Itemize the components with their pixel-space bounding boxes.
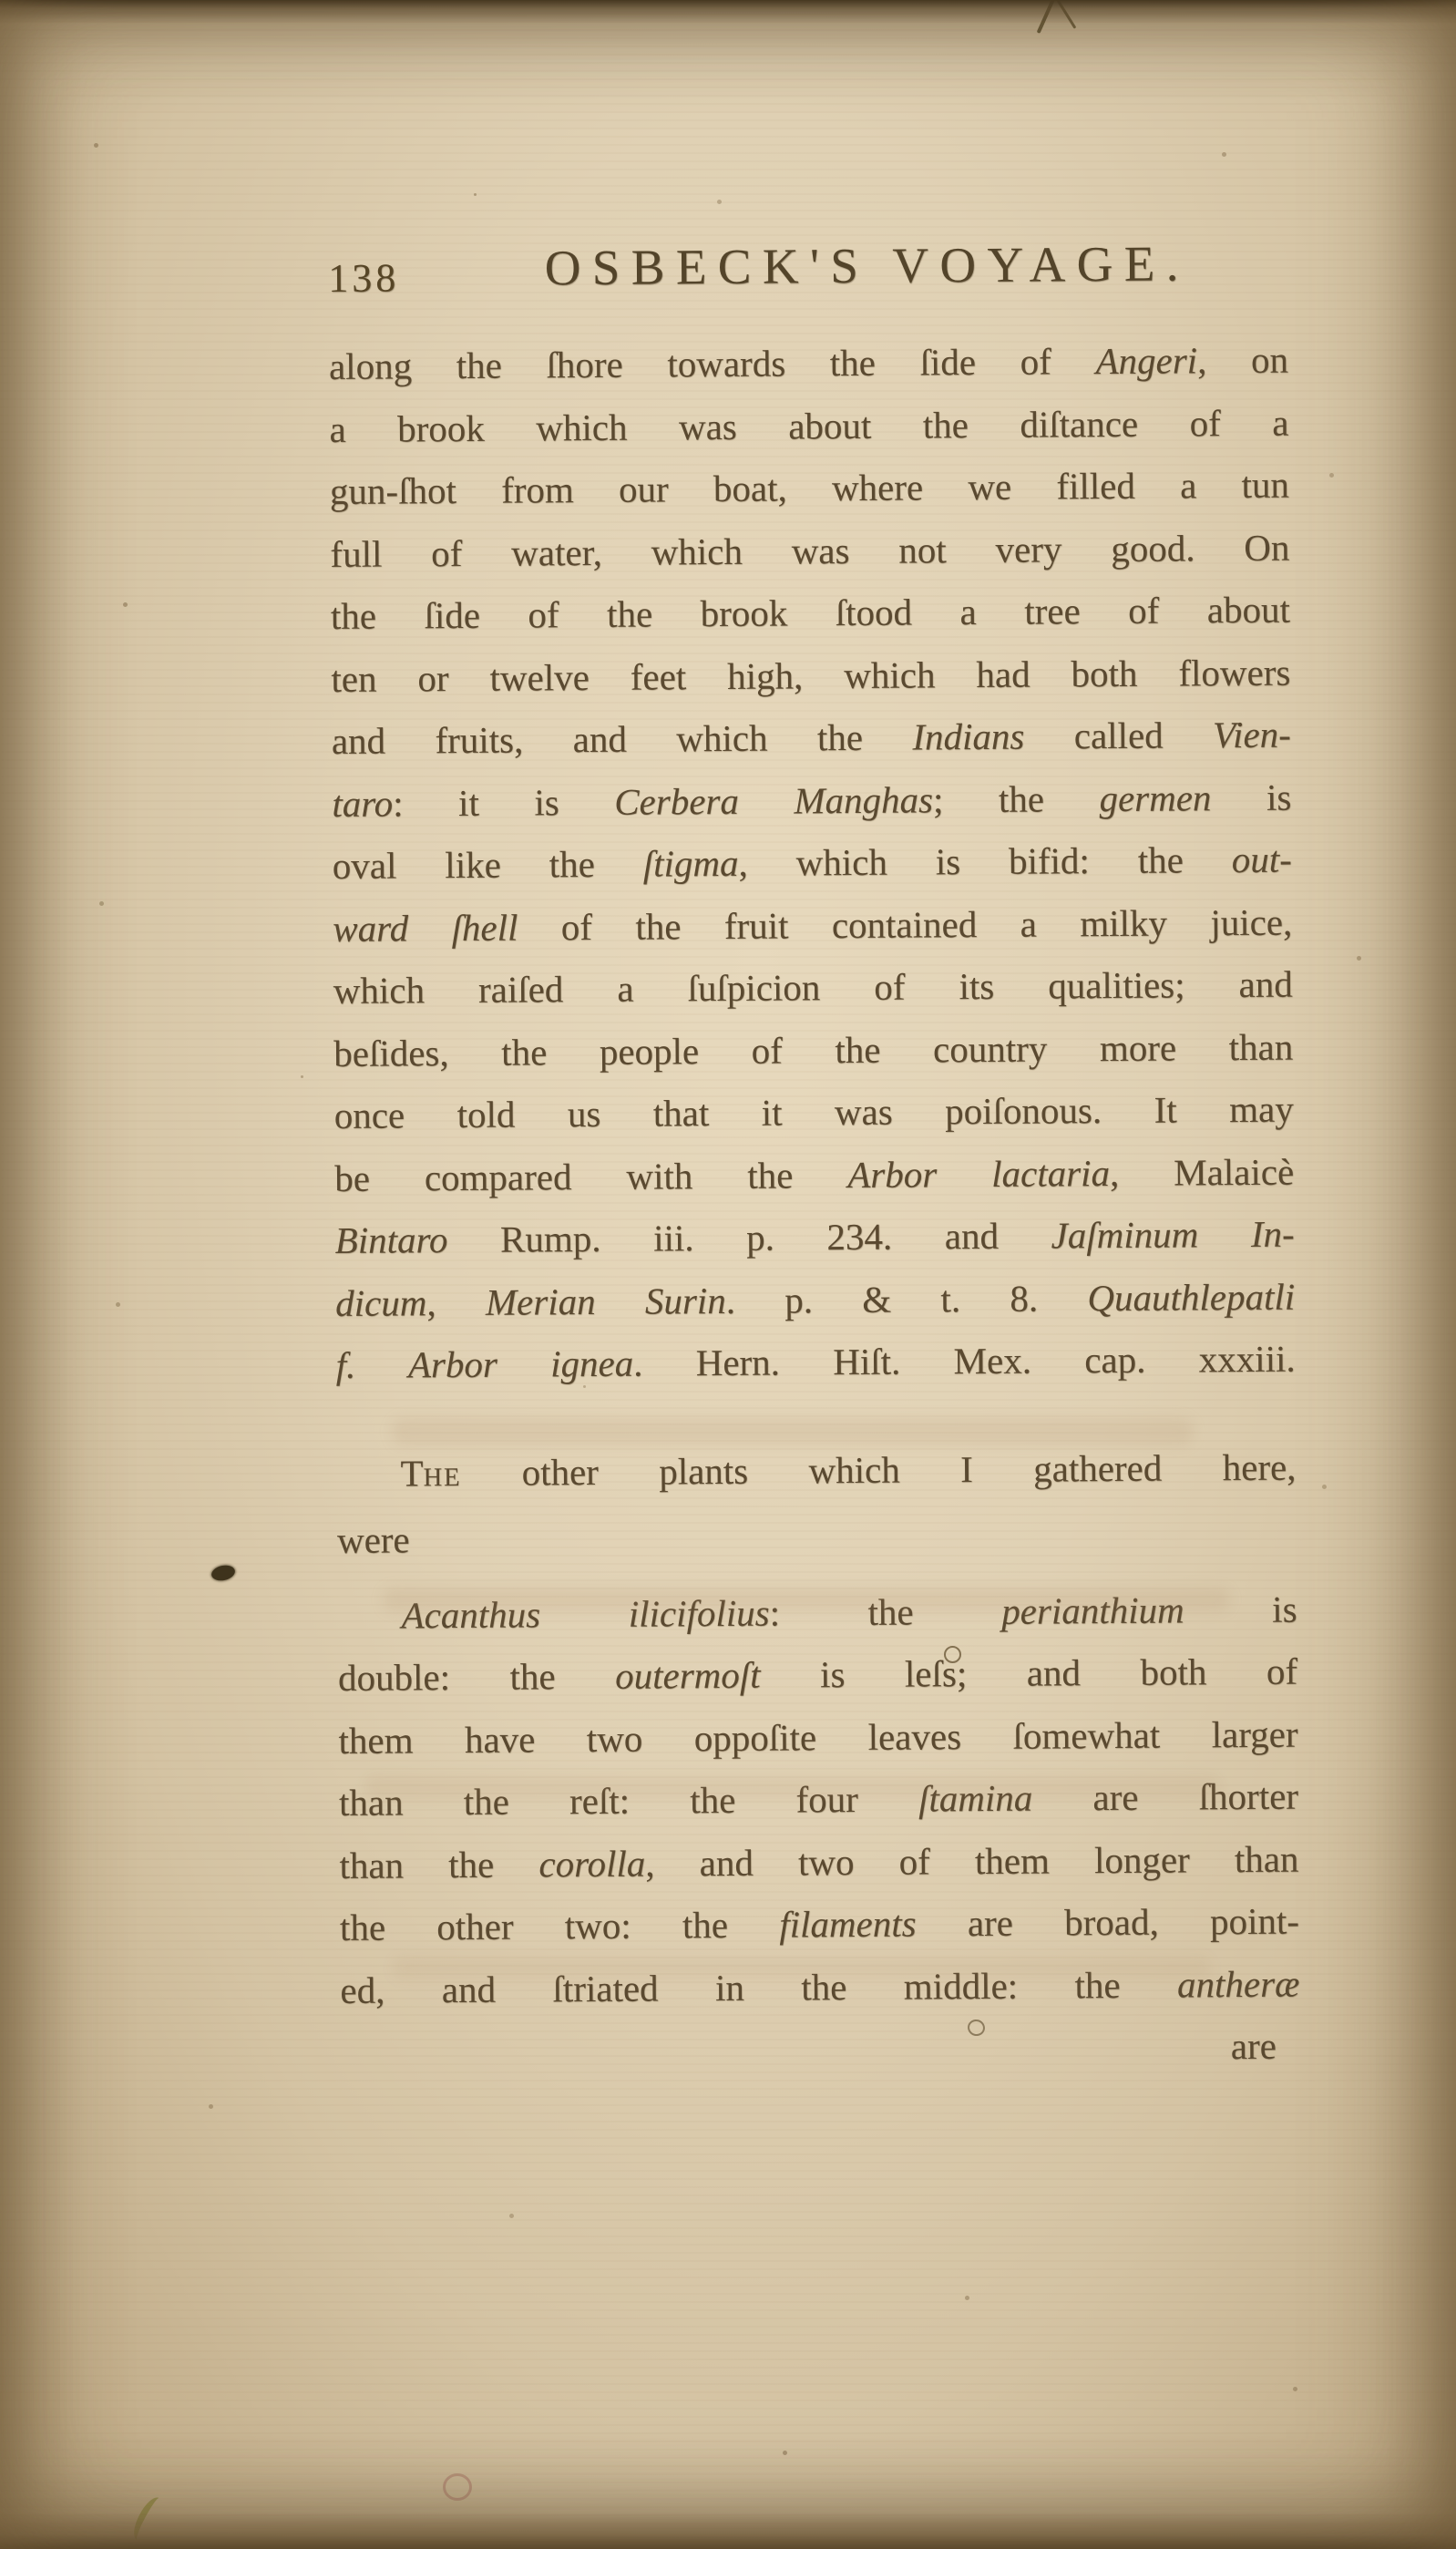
text-line: f. Arbor ignea. Hern. Hiſt. Mex. cap. xx… xyxy=(335,1328,1295,1397)
text-line: taro: it is Cerbera Manghas; the germen … xyxy=(332,766,1291,835)
text-line: ed, and ſtriated in the middle: the anth… xyxy=(340,1952,1299,2021)
text-line: than the reſt: the four ſtamina are ſhor… xyxy=(339,1765,1298,1835)
paragraph: along the ſhore towards the ſide of Ange… xyxy=(329,329,1296,1397)
scan-edge-bottom xyxy=(0,2513,1456,2549)
text-line: dicum, Merian Surin. p. & t. 8. Quauthle… xyxy=(335,1265,1295,1334)
scanned-book-page: 138 OSBECK'S VOYAGE. along the ſhore tow… xyxy=(0,0,1456,2549)
page-header: 138 OSBECK'S VOYAGE. xyxy=(328,234,1288,312)
text-line: once told us that it was poiſonous. It m… xyxy=(334,1078,1294,1147)
text-line: oval like the ſtigma, which is bifid: th… xyxy=(333,828,1292,898)
catchword-row: are xyxy=(341,2015,1300,2084)
text-line: be compared with the Arbor lactaria, Mal… xyxy=(334,1140,1294,1209)
text-line: Bintaro Rump. iii. p. 234. and Jaſminum … xyxy=(334,1203,1294,1272)
text-block: along the ſhore towards the ſide of Ange… xyxy=(329,329,1300,2021)
text-line: full of water, which was not very good. … xyxy=(330,516,1289,585)
text-line: were xyxy=(337,1503,1297,1572)
text-line: the other two: the filaments are broad, … xyxy=(340,1890,1299,1959)
text-line: the ſide of the brook ſtood a tree of ab… xyxy=(331,579,1290,648)
running-title: OSBECK'S VOYAGE. xyxy=(423,233,1311,297)
text-line: double: the outermoſt is leſs; and both … xyxy=(338,1640,1297,1710)
text-line: and fruits, and which the Indians called… xyxy=(332,704,1291,773)
text-line: a brook which was about the diſtance of … xyxy=(329,391,1288,460)
text-line: ten or twelve feet high, which had both … xyxy=(331,641,1290,710)
paragraph: THE other plants which I gathered here,w… xyxy=(336,1435,1297,1571)
text-line: along the ſhore towards the ſide of Ange… xyxy=(329,329,1288,398)
page-number: 138 xyxy=(328,254,399,302)
text-line: gun-ſhot from our boat, where we filled … xyxy=(330,454,1289,523)
scan-edge-top xyxy=(0,0,1456,24)
text-line: ward ſhell of the fruit contained a milk… xyxy=(333,890,1292,960)
ink-blot xyxy=(210,1563,237,1582)
text-line: than the corolla, and two of them longer… xyxy=(339,1827,1298,1896)
circle-stain xyxy=(443,2473,472,2501)
text-line: beſides, the people of the country more … xyxy=(333,1015,1293,1084)
paragraph: Acanthus ilicifolius: the perianthium is… xyxy=(337,1578,1299,2021)
text-line: them have two oppoſite leaves ſomewhat l… xyxy=(338,1702,1297,1772)
catchword: are xyxy=(341,2015,1300,2084)
text-line: which raiſed a ſuſpicion of its qualitie… xyxy=(333,953,1293,1023)
text-line: Acanthus ilicifolius: the perianthium is xyxy=(337,1578,1297,1647)
print-area: 138 OSBECK'S VOYAGE. along the ſhore tow… xyxy=(328,229,1300,2084)
text-line: THE other plants which I gathered here, xyxy=(336,1435,1296,1509)
